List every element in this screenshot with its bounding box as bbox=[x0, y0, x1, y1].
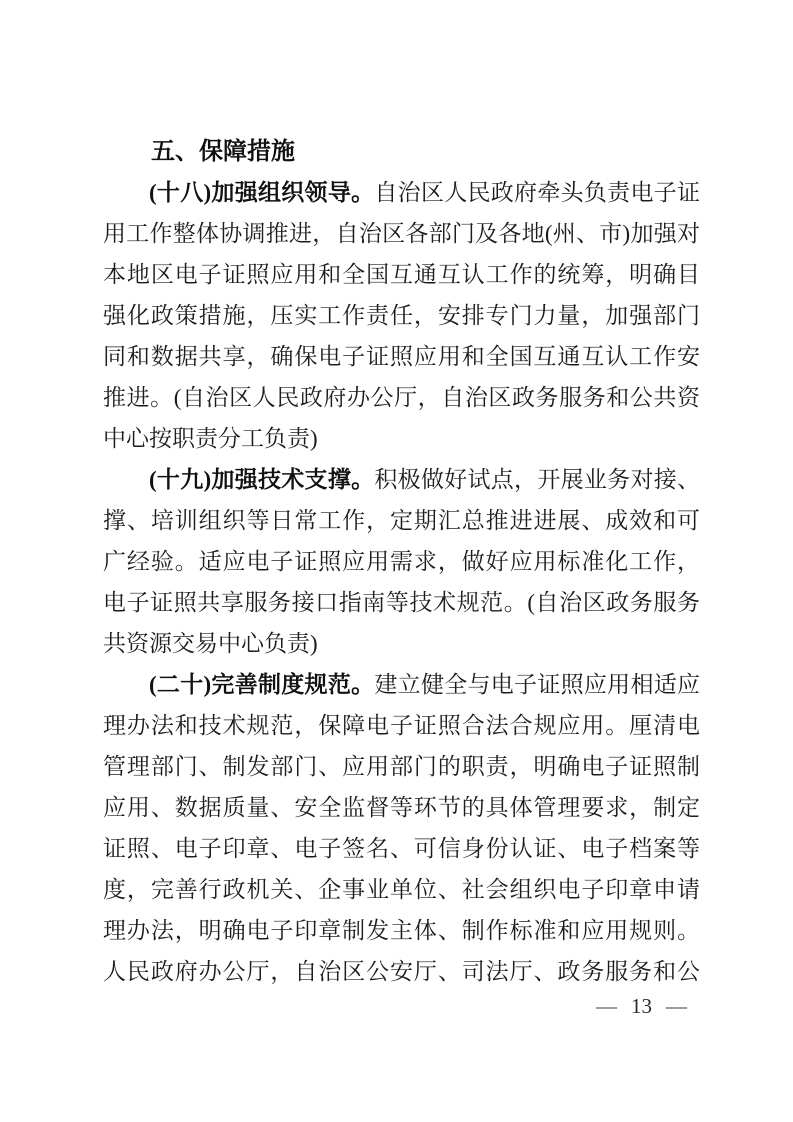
section-heading: 五、保障措施 bbox=[103, 131, 700, 172]
text-line: 人民政府办公厅，自治区公安厅、司法厅、政务服务和公共资源交 bbox=[103, 951, 700, 992]
text-line: (十八)加强组织领导。自治区人民政府牵头负责电子证照应 bbox=[103, 172, 700, 213]
text-line: (二十)完善制度规范。建立健全与电子证照应用相适应的管 bbox=[103, 664, 700, 705]
text-line: 推进。(自治区人民政府办公厅，自治区政务服务和公共资源交易 bbox=[103, 377, 700, 418]
paragraph-lead: (二十)完善制度规范。 bbox=[149, 672, 374, 697]
text-line: 撑、培训组织等日常工作，定期汇总推进进展、成效和可复制可推 bbox=[103, 500, 700, 541]
text-line: 广经验。适应电子证照应用需求，做好应用标准化工作，及时编制 bbox=[103, 541, 700, 582]
text-line: 度，完善行政机关、企事业单位、社会组织电子印章申请和制发管 bbox=[103, 869, 700, 910]
document-page: 五、保障措施 (十八)加强组织领导。自治区人民政府牵头负责电子证照应用工作整体协… bbox=[0, 0, 793, 1122]
document-content: 五、保障措施 (十八)加强组织领导。自治区人民政府牵头负责电子证照应用工作整体协… bbox=[103, 131, 700, 992]
footer-dash-right: — bbox=[666, 994, 687, 1018]
text-line: 用工作整体协调推进，自治区各部门及各地(州、市)加强对本行业 bbox=[103, 213, 700, 254]
text-line: 应用、数据质量、安全监督等环节的具体管理要求，制定完善电子 bbox=[103, 787, 700, 828]
page-footer: —13— bbox=[596, 992, 687, 1020]
paragraph-lead: (十八)加强组织领导。 bbox=[149, 180, 374, 205]
text-line: 中心按职责分工负责) bbox=[103, 418, 700, 459]
footer-dash-left: — bbox=[596, 994, 617, 1018]
text-line: 理办法和技术规范，保障电子证照合法合规应用。厘清电子证照 bbox=[103, 705, 700, 746]
text-line: 强化政策措施，压实工作责任，安排专门力量，加强部门间工作协 bbox=[103, 295, 700, 336]
paragraph: (十八)加强组织领导。自治区人民政府牵头负责电子证照应用工作整体协调推进，自治区… bbox=[103, 172, 700, 459]
text-line: 理办法，明确电子印章制发主体、制作标准和应用规则。(自治区 bbox=[103, 910, 700, 951]
text-line: 证照、电子印章、电子签名、可信身份认证、电子档案等方面配套制 bbox=[103, 828, 700, 869]
text-line: 电子证照共享服务接口指南等技术规范。(自治区政务服务和公 bbox=[103, 582, 700, 623]
text-line: 共资源交易中心负责) bbox=[103, 623, 700, 664]
document-body: (十八)加强组织领导。自治区人民政府牵头负责电子证照应用工作整体协调推进，自治区… bbox=[103, 172, 700, 992]
paragraph: (十九)加强技术支撑。积极做好试点，开展业务对接、技术支撑、培训组织等日常工作，… bbox=[103, 459, 700, 664]
text-line: 管理部门、制发部门、应用部门的职责，明确电子证照制发、汇聚、 bbox=[103, 746, 700, 787]
paragraph: (二十)完善制度规范。建立健全与电子证照应用相适应的管理办法和技术规范，保障电子… bbox=[103, 664, 700, 992]
paragraph-lead: (十九)加强技术支撑。 bbox=[149, 467, 374, 492]
text-line: 本地区电子证照应用和全国互通互认工作的统筹，明确目标任务， bbox=[103, 254, 700, 295]
text-line: (十九)加强技术支撑。积极做好试点，开展业务对接、技术支 bbox=[103, 459, 700, 500]
page-number: 13 bbox=[631, 994, 652, 1018]
text-line: 同和数据共享，确保电子证照应用和全国互通互认工作安全有序 bbox=[103, 336, 700, 377]
